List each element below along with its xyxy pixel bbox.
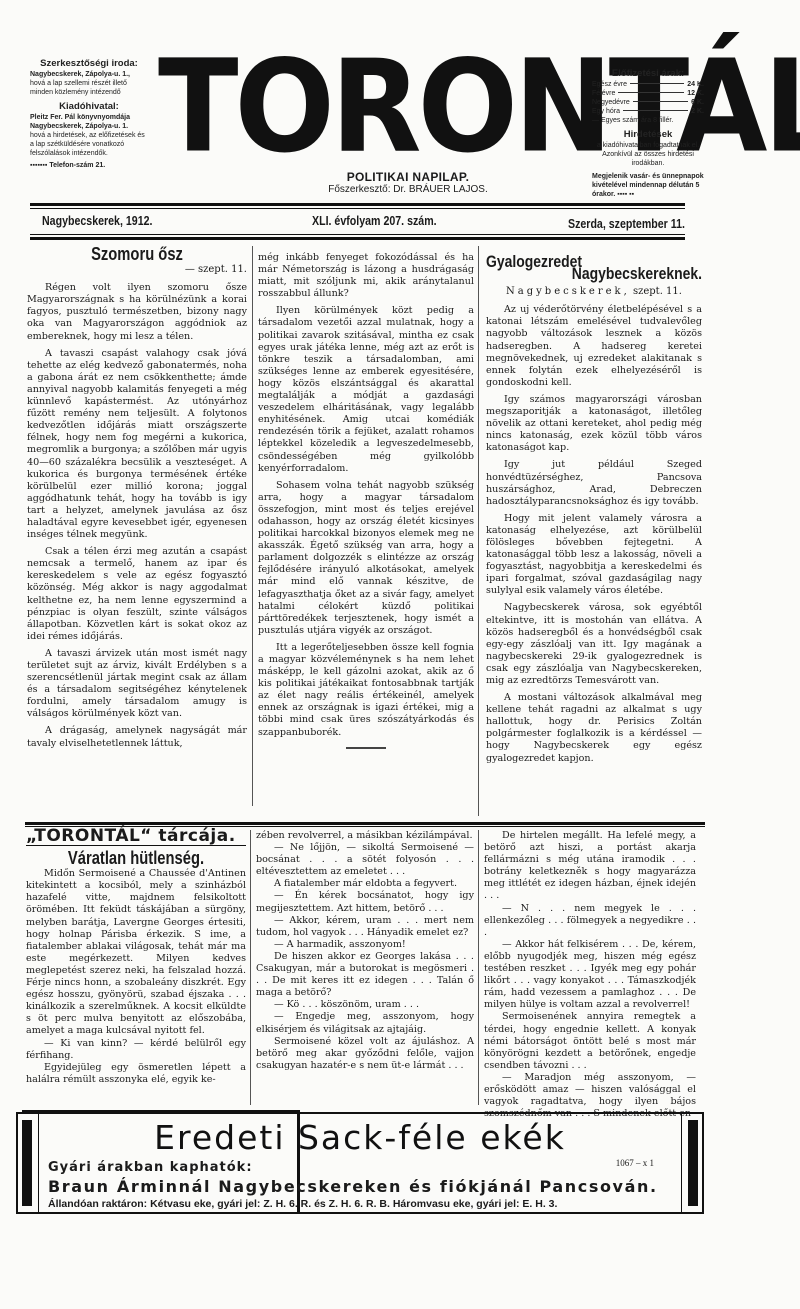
dateline-place-year: Nagybecskerek, 1912. — [42, 214, 152, 228]
paragraph: — Ne lőjjön, — sikoltá Sermoisené — bocs… — [256, 842, 474, 878]
paragraph: De hirtelen megállt. Ha lefelé megy, a b… — [484, 830, 696, 903]
feuilleton-col1: „TORONTÁL“ tárcája. Váratlan hütlenség. … — [26, 830, 246, 1086]
dateline-date: Szerda, szeptember 11. — [568, 217, 685, 231]
feuilleton-title: Váratlan hütlenség. — [46, 852, 226, 864]
ad-right-bar — [688, 1120, 698, 1206]
price-row: Félévre12 K. — [592, 89, 704, 98]
column-divider — [478, 246, 479, 816]
paragraph: Sermoisené közel volt az ájuláshoz. A be… — [256, 1036, 474, 1072]
feuilleton-col3: De hirtelen megállt. Ha lefelé megy, a b… — [484, 830, 696, 1120]
single-copy-price: — Egyes szám ára 8 fillér. — [592, 116, 704, 125]
paragraph: Hogy mit jelent valamely városra a katon… — [486, 513, 702, 598]
paragraph: — Kö . . . köszönöm, uram . . . — [256, 999, 474, 1011]
paragraph: még inkább fenyeget fokozódással és ha m… — [258, 252, 474, 300]
paragraph: — Engedje meg, asszonyom, hogy elkisérje… — [256, 1011, 474, 1035]
dateline-top-rules — [30, 203, 685, 209]
publisher-address: Nagybecskerek, Zápolya-u. 1. — [30, 122, 148, 131]
price-row: Egy hóra2 K. — [592, 107, 704, 116]
paragraph: A fiatalember már eldobta a fegyvert. — [256, 878, 474, 890]
paragraph: A drágaság, amelynek nagyságát már taval… — [27, 725, 247, 749]
paragraph: — Ki van kinn? — kérdé belülről egy férf… — [26, 1038, 246, 1062]
paragraph: Igy jut például Szeged honvédtüzérséghez… — [486, 459, 702, 507]
paragraph: — A harmadik, asszonyom! — [256, 939, 474, 951]
ad-reference-number: 1067 – x 1 — [616, 1158, 654, 1168]
paragraph: Igy számos magyarországi városban megsza… — [486, 394, 702, 454]
paragraph: Midőn Sermoisené a Chaussée d'Antinen ki… — [26, 868, 246, 1037]
column-divider — [250, 830, 251, 1105]
ad-title: Eredeti Sack-féle ekék — [42, 1118, 678, 1157]
ads-note: a kiadóhivatalban fogadtatnak el. Azonkí… — [592, 141, 704, 168]
dateline-volume: XLI. évfolyam 207. szám. — [312, 214, 437, 228]
paragraph: — Akkor hát felkisérem . . . De, kérem, … — [484, 939, 696, 1012]
article-szomoru-osz-continued: még inkább fenyeget fokozódással és ha m… — [258, 252, 474, 749]
end-of-article-rule — [346, 747, 386, 749]
paragraph: A tavaszi árvizek után most ismét nagy t… — [27, 648, 247, 721]
dateline-bottom-rules — [30, 234, 685, 240]
paragraph: Sohasem volna tehát nagyobb szükség arra… — [258, 480, 474, 637]
column-divider — [478, 830, 479, 1105]
paragraph: Sermoisenének annyira remegtek a térdei,… — [484, 1011, 696, 1071]
article-gyalogezredet: Gyalogezredet Nagybecskereknek. Nagybecs… — [486, 256, 702, 770]
paragraph: zében revolverrel, a másikban kézilámpáv… — [256, 830, 474, 842]
masthead-logo-block: TORONTÁL POLITIKAI NAPILAP. Főszerkesztő… — [158, 52, 598, 195]
publisher-heading: Kiadóhivatal: — [30, 101, 148, 113]
paragraph: Egyidejüleg egy ösmeretlen lépett a halá… — [26, 1062, 246, 1086]
paragraph: Az uj véderőtörvény életbelépésével s a … — [486, 304, 702, 389]
publication-schedule: Megjelenik vasár- és ünnepnapok kivételé… — [592, 172, 704, 199]
article-title-line2: Nagybecskereknek. — [525, 268, 702, 280]
ad-line-prices: Gyári árakban kaphatók: — [48, 1160, 253, 1175]
column-divider — [252, 246, 253, 806]
paragraph: De hiszen akkor ez Georges lakása . . . … — [256, 951, 474, 999]
price-row: Egész évre24 K. — [592, 80, 704, 89]
plow-ad: Eredeti Sack-féle ekék Gyári árakban kap… — [16, 1112, 704, 1214]
publisher-note: hová a hirdetések, az előfizetések és a … — [30, 131, 148, 158]
phone-number: ▪▪▪▪▪▪▪ Telefon-szám 21. — [30, 161, 148, 170]
paragraph: Nagybecskerek városa, sok egyébtől eltek… — [486, 602, 702, 687]
article-title: Szomoru ősz — [47, 248, 227, 260]
subscription-box: Előfizetési árak: Egész évre24 K. Félévr… — [592, 68, 704, 199]
ads-heading: Hirdetések — [592, 129, 704, 141]
editorial-note: hová a lap szellemi részét illető minden… — [30, 79, 148, 97]
paragraph: Ilyen körülmények közt pedig a társadalo… — [258, 305, 474, 474]
article-szomoru-osz: Szomoru ősz — szept. 11. Régen volt ilye… — [27, 244, 247, 755]
paragraph: — N . . . nem megyek le . . . ellenkezől… — [484, 903, 696, 939]
feuilleton-col2: zében revolverrel, a másikban kézilámpáv… — [256, 830, 474, 1072]
paragraph: A mostani változások alkalmával meg kell… — [486, 692, 702, 765]
prices-heading: Előfizetési árak: — [592, 68, 704, 80]
paragraph: — Akkor, kérem, uram . . . mert nem tudo… — [256, 915, 474, 939]
paragraph: Csak a télen érzi meg azután a csapást n… — [27, 546, 247, 643]
article-date: — szept. 11. — [27, 264, 247, 276]
ad-line-dealer: Braun Árminnál Nagybecskereken és fiókjá… — [48, 1177, 658, 1196]
editorial-heading: Szerkesztőségi iroda: — [30, 58, 148, 70]
paragraph: Itt a legerőteljesebben össze kell fogni… — [258, 642, 474, 739]
editorial-address: Nagybecskerek, Zápolya-u. 1., — [30, 70, 148, 79]
editorial-office-box: Szerkesztőségi iroda: Nagybecskerek, Záp… — [30, 58, 148, 170]
publisher-name: Pleitz Fer. Pál könyvnyomdája — [30, 113, 148, 122]
feuilleton-header: „TORONTÁL“ tárcája. — [26, 830, 246, 842]
article-dateline: Nagybecskerek, szept. 11. — [486, 286, 702, 298]
editor-in-chief: Főszerkesztő: Dr. BRÁUER LAJOS. — [158, 184, 598, 195]
newspaper-logo: TORONTÁL — [158, 52, 598, 160]
paragraph: A tavaszi csapást valahogy csak jóvá teh… — [27, 348, 247, 542]
paragraph: — Én kérek bocsánatot, hogy igy megijesz… — [256, 890, 474, 914]
paragraph: Régen volt ilyen szomoru ősze Magyarorsz… — [27, 282, 247, 342]
price-row: Negyedévre6 K. — [592, 98, 704, 107]
ad-line-stock: Állandóan raktáron: Kétvasu eke, gyári j… — [48, 1198, 557, 1210]
ad-left-bar — [22, 1120, 32, 1206]
